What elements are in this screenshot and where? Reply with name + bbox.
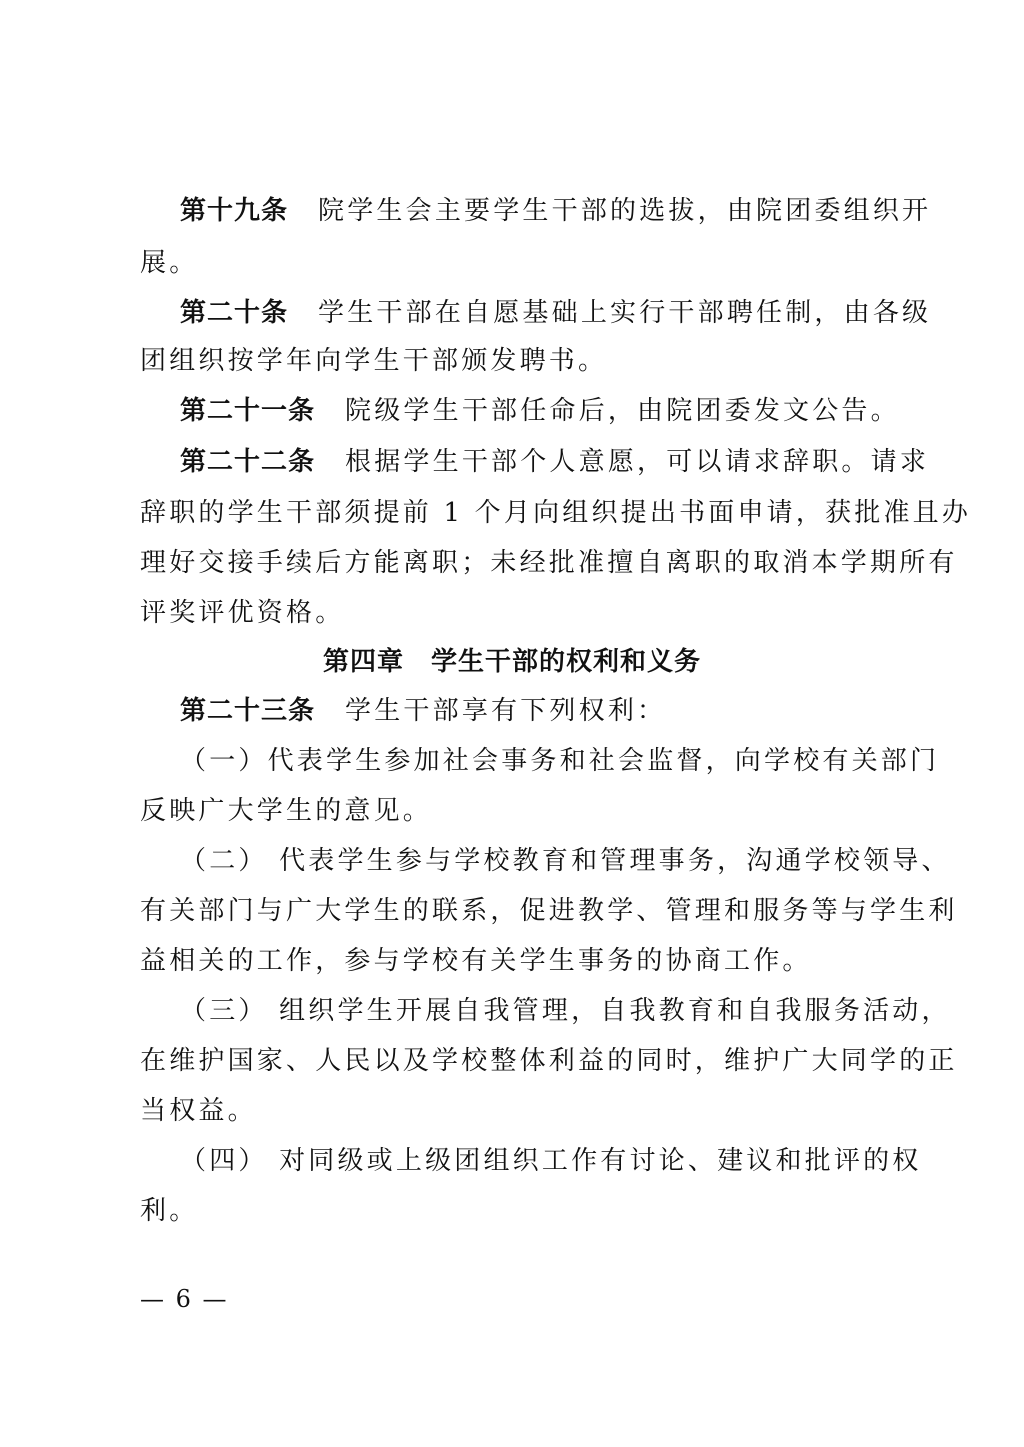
item-1-line-2: 反映广大学生的意见。 — [140, 794, 432, 828]
chapter-heading: 第四章 学生干部的权利和义务 — [0, 645, 1024, 679]
article-22-line-1: 第二十二条根据学生干部个人意愿，可以请求辞职。请求 — [180, 445, 929, 479]
article-19-title: 第十九条 — [180, 196, 288, 226]
article-22-text: 根据学生干部个人意愿，可以请求辞职。请求 — [345, 447, 929, 477]
article-21-line-1: 第二十一条院级学生干部任命后，由院团委发文公告。 — [180, 394, 900, 428]
article-20-title: 第二十条 — [180, 298, 288, 328]
item-2-line-1: （二） 代表学生参与学校教育和管理事务，沟通学校领导、 — [180, 844, 951, 878]
item-3-line-3: 当权益。 — [140, 1094, 257, 1128]
article-23-line-1: 第二十三条学生干部享有下列权利： — [180, 694, 666, 728]
article-22-line-3: 理好交接手续后方能离职；未经批准擅自离职的取消本学期所有 — [140, 546, 958, 580]
article-22-line-4: 评奖评优资格。 — [140, 596, 344, 630]
article-23-title: 第二十三条 — [180, 696, 315, 726]
article-19-line-2: 展。 — [140, 246, 198, 280]
article-19-text: 院学生会主要学生干部的选拔，由院团委组织开 — [318, 196, 931, 226]
article-20-text: 学生干部在自愿基础上实行干部聘任制，由各级 — [318, 298, 931, 328]
item-4-line-2: 利。 — [140, 1194, 198, 1228]
article-22-title: 第二十二条 — [180, 447, 315, 477]
page-number: — 6 — — [140, 1284, 229, 1314]
item-2-line-2: 有关部门与广大学生的联系，促进教学、管理和服务等与学生利 — [140, 894, 958, 928]
item-1-line-1: （一）代表学生参加社会事务和社会监督，向学校有关部门 — [180, 744, 939, 778]
item-2-line-3: 益相关的工作，参与学校有关学生事务的协商工作。 — [140, 944, 812, 978]
article-23-text: 学生干部享有下列权利： — [345, 696, 666, 726]
article-22-line-2: 辞职的学生干部须提前 1 个月向组织提出书面申请，获批准且办 — [140, 496, 971, 530]
item-3-line-2: 在维护国家、人民以及学校整体利益的同时，维护广大同学的正 — [140, 1044, 958, 1078]
item-4-line-1: （四） 对同级或上级团组织工作有讨论、建议和批评的权 — [180, 1144, 921, 1178]
item-3-line-1: （三） 组织学生开展自我管理，自我教育和自我服务活动， — [180, 994, 951, 1028]
article-21-title: 第二十一条 — [180, 396, 315, 426]
article-21-text: 院级学生干部任命后，由院团委发文公告。 — [345, 396, 900, 426]
article-20-line-2: 团组织按学年向学生干部颁发聘书。 — [140, 344, 607, 378]
article-20-line-1: 第二十条学生干部在自愿基础上实行干部聘任制，由各级 — [180, 296, 931, 330]
article-19-line-1: 第十九条院学生会主要学生干部的选拔，由院团委组织开 — [180, 194, 931, 228]
